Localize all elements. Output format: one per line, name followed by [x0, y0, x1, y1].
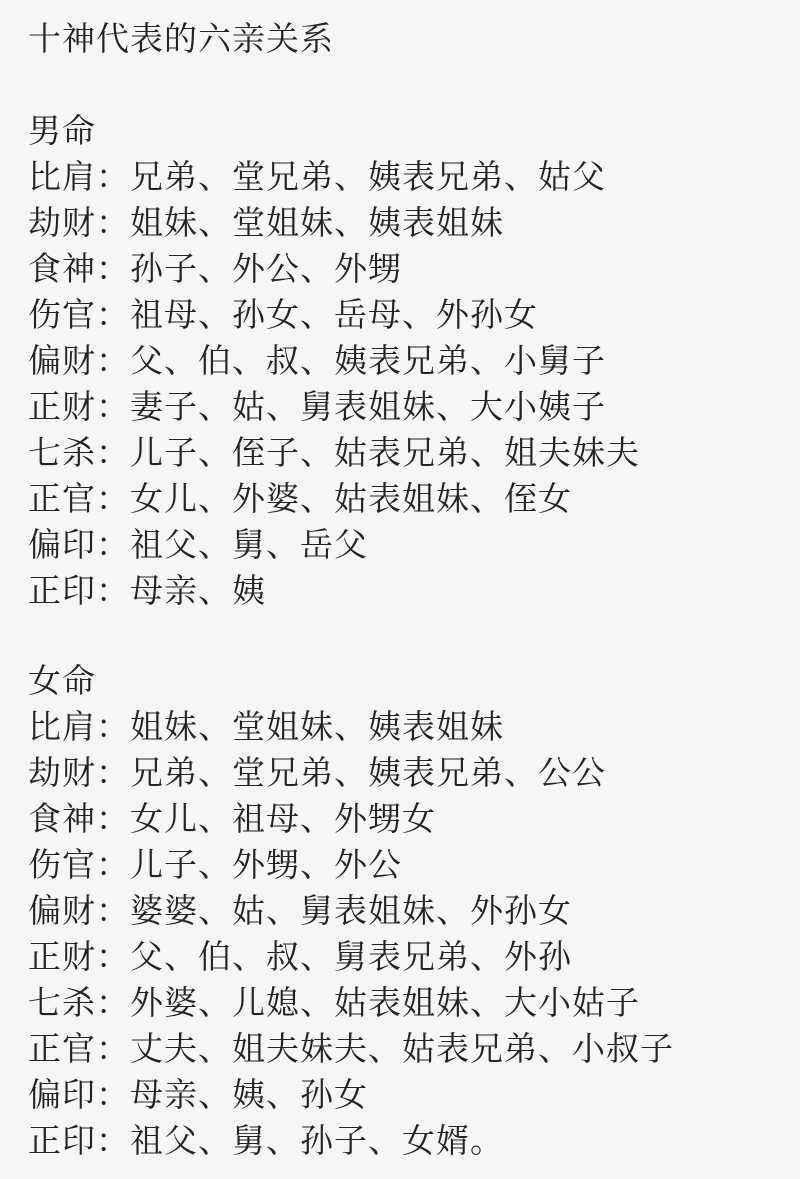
ten-god-label: 比肩 [28, 158, 96, 195]
ten-god-label: 食神 [28, 800, 96, 837]
ten-god-label: 正官 [28, 1030, 96, 1067]
ten-god-label: 七杀 [28, 984, 96, 1021]
relation-row: 正官：丈夫、姐夫妹夫、姑表兄弟、小叔子 [28, 1026, 784, 1072]
ten-god-label: 偏印 [28, 526, 96, 563]
colon-separator: ： [96, 342, 130, 379]
colon-separator: ： [96, 480, 130, 517]
relation-row: 七杀：外婆、儿媳、姑表姐妹、大小姑子 [28, 980, 784, 1026]
relatives-text: 婆婆、姑、舅表姐妹、外孙女 [130, 892, 572, 929]
relation-row: 食神：孙子、外公、外甥 [28, 246, 784, 292]
relation-row: 正官：女儿、外婆、姑表姐妹、侄女 [28, 476, 784, 522]
colon-separator: ： [96, 572, 130, 609]
colon-separator: ： [96, 388, 130, 425]
colon-separator: ： [96, 708, 130, 745]
relation-row: 劫财：兄弟、堂兄弟、姨表兄弟、公公 [28, 750, 784, 796]
colon-separator: ： [96, 158, 130, 195]
relatives-text: 女儿、祖母、外甥女 [130, 800, 436, 837]
ten-god-label: 比肩 [28, 708, 96, 745]
relation-row: 正印：祖父、舅、孙子、女婿。 [28, 1118, 784, 1164]
colon-separator: ： [96, 434, 130, 471]
relation-row: 伤官：祖母、孙女、岳母、外孙女 [28, 292, 784, 338]
ten-god-label: 伤官 [28, 296, 96, 333]
relation-row: 正财：妻子、姑、舅表姐妹、大小姨子 [28, 384, 784, 430]
colon-separator: ： [96, 846, 130, 883]
relatives-text: 兄弟、堂兄弟、姨表兄弟、姑父 [130, 158, 606, 195]
ten-god-label: 正印 [28, 1122, 96, 1159]
ten-god-label: 偏财 [28, 342, 96, 379]
colon-separator: ： [96, 800, 130, 837]
colon-separator: ： [96, 1122, 130, 1159]
colon-separator: ： [96, 938, 130, 975]
section-heading-female: 女命 [28, 658, 784, 704]
colon-separator: ： [96, 1030, 130, 1067]
ten-god-label: 食神 [28, 250, 96, 287]
colon-separator: ： [96, 892, 130, 929]
section-heading-male: 男命 [28, 108, 784, 154]
colon-separator: ： [96, 1076, 130, 1113]
colon-separator: ： [96, 250, 130, 287]
relatives-text: 女儿、外婆、姑表姐妹、侄女 [130, 480, 572, 517]
relatives-text: 祖母、孙女、岳母、外孙女 [130, 296, 538, 333]
ten-god-label: 偏印 [28, 1076, 96, 1113]
relation-row: 七杀：儿子、侄子、姑表兄弟、姐夫妹夫 [28, 430, 784, 476]
relation-row: 伤官：儿子、外甥、外公 [28, 842, 784, 888]
ten-god-label: 劫财 [28, 754, 96, 791]
relation-row: 正财：父、伯、叔、舅表兄弟、外孙 [28, 934, 784, 980]
relatives-text: 孙子、外公、外甥 [130, 250, 402, 287]
relatives-text: 父、伯、叔、舅表兄弟、外孙 [130, 938, 572, 975]
relatives-text: 祖父、舅、孙子、女婿。 [130, 1122, 504, 1159]
relation-row: 比肩：兄弟、堂兄弟、姨表兄弟、姑父 [28, 154, 784, 200]
colon-separator: ： [96, 984, 130, 1021]
ten-god-label: 正印 [28, 572, 96, 609]
relation-row: 偏印：祖父、舅、岳父 [28, 522, 784, 568]
relatives-text: 姐妹、堂姐妹、姨表姐妹 [130, 204, 504, 241]
page-title: 十神代表的六亲关系 [28, 16, 784, 62]
ten-god-label: 七杀 [28, 434, 96, 471]
ten-god-label: 伤官 [28, 846, 96, 883]
ten-god-label: 正财 [28, 938, 96, 975]
colon-separator: ： [96, 526, 130, 563]
relatives-text: 儿子、侄子、姑表兄弟、姐夫妹夫 [130, 434, 640, 471]
relation-row: 正印：母亲、姨 [28, 568, 784, 614]
relatives-text: 母亲、姨 [130, 572, 266, 609]
section-female: 女命 比肩：姐妹、堂姐妹、姨表姐妹 劫财：兄弟、堂兄弟、姨表兄弟、公公 食神：女… [28, 658, 784, 1164]
relatives-text: 丈夫、姐夫妹夫、姑表兄弟、小叔子 [130, 1030, 674, 1067]
ten-god-label: 正财 [28, 388, 96, 425]
relation-row: 偏财：父、伯、叔、姨表兄弟、小舅子 [28, 338, 784, 384]
section-male: 男命 比肩：兄弟、堂兄弟、姨表兄弟、姑父 劫财：姐妹、堂姐妹、姨表姐妹 食神：孙… [28, 108, 784, 614]
relation-row: 偏财：婆婆、姑、舅表姐妹、外孙女 [28, 888, 784, 934]
relatives-text: 兄弟、堂兄弟、姨表兄弟、公公 [130, 754, 606, 791]
relation-row: 食神：女儿、祖母、外甥女 [28, 796, 784, 842]
relatives-text: 外婆、儿媳、姑表姐妹、大小姑子 [130, 984, 640, 1021]
relatives-text: 母亲、姨、孙女 [130, 1076, 368, 1113]
ten-god-label: 偏财 [28, 892, 96, 929]
relation-row: 偏印：母亲、姨、孙女 [28, 1072, 784, 1118]
colon-separator: ： [96, 296, 130, 333]
document-page: 十神代表的六亲关系 男命 比肩：兄弟、堂兄弟、姨表兄弟、姑父 劫财：姐妹、堂姐妹… [0, 0, 800, 1179]
ten-god-label: 正官 [28, 480, 96, 517]
relatives-text: 祖父、舅、岳父 [130, 526, 368, 563]
relatives-text: 姐妹、堂姐妹、姨表姐妹 [130, 708, 504, 745]
relatives-text: 父、伯、叔、姨表兄弟、小舅子 [130, 342, 606, 379]
relation-row: 比肩：姐妹、堂姐妹、姨表姐妹 [28, 704, 784, 750]
ten-god-label: 劫财 [28, 204, 96, 241]
relation-row: 劫财：姐妹、堂姐妹、姨表姐妹 [28, 200, 784, 246]
colon-separator: ： [96, 204, 130, 241]
relatives-text: 妻子、姑、舅表姐妹、大小姨子 [130, 388, 606, 425]
colon-separator: ： [96, 754, 130, 791]
relatives-text: 儿子、外甥、外公 [130, 846, 402, 883]
